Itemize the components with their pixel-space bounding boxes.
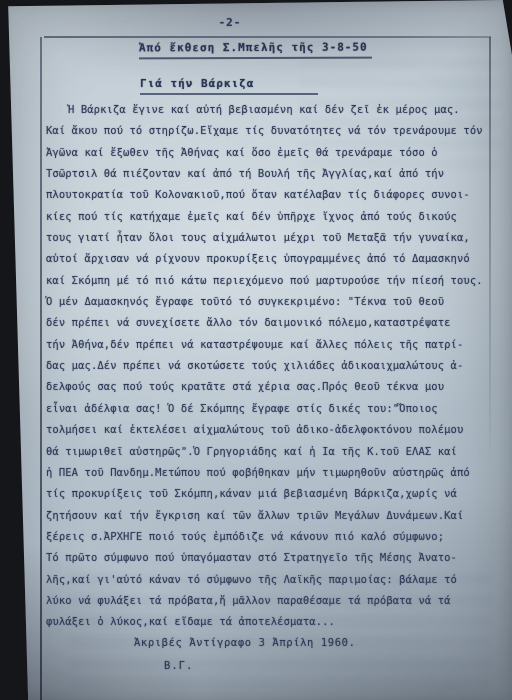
body-line: Καί ἄκου πού τό στηρίζω.Εἴχαμε τίς δυνατ…	[46, 121, 484, 142]
body-line: Ὁ μέν Δαμασκηνός ἔγραφε τοῦτό τό συγκεκρ…	[46, 292, 484, 313]
page-number: -2-	[0, 16, 460, 29]
body-line: Ἀγῶνα καί ἔξωθεν τῆς Ἀθήνας καί ὅσο ἐμεῖ…	[46, 143, 484, 164]
body-line: θά τιμωριθεῖ αὐστηρῶς".Ὁ Γρηγοριάδης καί…	[46, 442, 484, 463]
body-line: τίς προκυρίξεις τοῦ Σκόμπη,κάναν μιά βεβ…	[46, 484, 484, 505]
report-subtitle: Γιά τήν Βάρκιζα	[140, 77, 318, 95]
page-border-line-left	[40, 37, 42, 700]
body-line: φυλάξει ὁ λύκος,καί εἴδαμε τά ἀποτελέσμα…	[46, 612, 484, 633]
report-title: Ἀπό ἔκθεση Σ.Μπελῆς τῆς 3-8-50	[139, 41, 372, 60]
body-line: λῆς,καί γι'αὐτό κάναν τό σύμφωνο τῆς Λαϊ…	[46, 570, 484, 591]
body-line: πλουτοκρατία τοῦ Κολονακιοῦ,πού ὅταν κατ…	[46, 185, 484, 206]
body-line: καί Σκόμπη μέ τό πιό κάτω περιεχόμενο πο…	[46, 271, 484, 292]
body-line: ἡ ΠΕΑ τοῦ Πανδημ.Μετώπου πού φοβήθηκαν μ…	[46, 463, 484, 484]
body-line: τολμήσει καί ἐκτελέσει αἰχμαλώτους τοῦ ἀ…	[46, 420, 484, 441]
document-photo: -2- Ἀπό ἔκθεση Σ.Μπελῆς τῆς 3-8-50 Γιά τ…	[0, 0, 512, 700]
page-border-line-right	[489, 37, 491, 467]
paper-page: -2- Ἀπό ἔκθεση Σ.Μπελῆς τῆς 3-8-50 Γιά τ…	[0, 0, 512, 700]
page-border-line-top	[44, 36, 491, 38]
body-line: κίες πού τίς κατήχαμε ἐμεῖς καί δέν ὑπῆρ…	[46, 207, 484, 228]
body-line: Τσῶρτσιλ θά πιέζονταν καί ἀπό τή Βουλή τ…	[46, 164, 484, 185]
body-line: τους γιατί ἦταν ὅλοι τους αἰχμάλωτοι μέχ…	[46, 228, 484, 249]
body-line: ξέρεις σ.ἈΡΧΗΓΕ ποιό τούς ἐμπόδιζε νά κά…	[46, 527, 484, 548]
body-line: εἶναι ἀδέλφια σας! Ὁ δέ Σκόμπης ἔγραφε σ…	[46, 399, 484, 420]
signature-initials: Β.Γ.	[164, 660, 193, 672]
certified-copy-line: Ἀκριβές Ἀντίγραφο 3 Ἀπρίλη 1960.	[134, 637, 356, 649]
body-line: δέν πρέπει νά συνεχίσετε ἄλλο τόν δαιμον…	[46, 313, 484, 334]
body-line: τήν Ἀθήνα,δέν πρέπει νά καταστρέψουμε κα…	[46, 335, 484, 356]
body-line: Τό πρῶτο σύμφωνο πού ὑπαγόμασταν στό Στρ…	[46, 548, 484, 569]
body-line: αὐτοί ἄρχισαν νά ρίχνουν προκυρίξεις ὑπο…	[46, 249, 484, 270]
body-line: Ἡ Βάρκιζα ἔγινε καί αὐτή βεβιασμένη καί …	[46, 100, 484, 121]
body-line: ζητήσουν καί τήν ἔγκριση καί τῶν ἄλλων τ…	[46, 506, 484, 527]
body-line: λύκο νά φυλάξει τά πρόβατα,ἤ μᾶλλον παρα…	[46, 591, 484, 612]
body-line: δας μας.Δέν πρέπει νά σκοτώσετε τούς χιλ…	[46, 356, 484, 377]
report-body: Ἡ Βάρκιζα ἔγινε καί αὐτή βεβιασμένη καί …	[46, 100, 484, 634]
body-line: δελφούς σας πού τούς κρατᾶτε στά χέρια σ…	[46, 377, 484, 398]
